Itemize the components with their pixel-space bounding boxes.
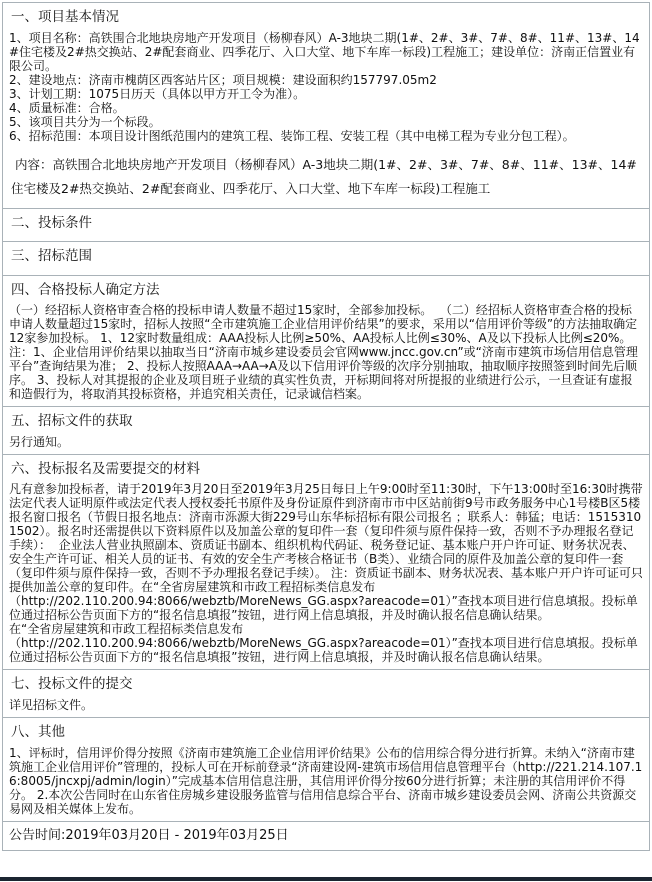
section-heading: 七、投标文件的提交 xyxy=(11,675,643,695)
section-bid-submission: 七、投标文件的提交 详见招标文件。 xyxy=(3,670,649,718)
section-heading: 一、项目基本情况 xyxy=(11,8,643,28)
tender-announcement-table: 一、项目基本情况 1、项目名称：高铁围合北地块房地产开发项目（杨柳春风）A-3地… xyxy=(2,2,650,851)
paragraph: 6、招标范围：本项目设计图纸范围内的建筑工程、装饰工程、安装工程（其中电梯工程为… xyxy=(9,129,643,143)
section-heading: 四、合格投标人确定方法 xyxy=(11,281,643,301)
section-qualified-bidder-method: 四、合格投标人确定方法 （一）经招标人资格审查合格的投标申请人数量不超过15家时… xyxy=(3,276,649,408)
section-heading: 五、招标文件的获取 xyxy=(11,412,643,432)
section-other: 八、其他 1、评标时，信用评价得分按照《济南市建筑施工企业信用评价结果》公布的信… xyxy=(3,718,649,822)
section-heading: 二、投标条件 xyxy=(11,214,643,234)
section-body: 另行通知。 xyxy=(9,435,643,449)
paragraph: 凡有意参加投标者，请于2019年3月20日至2019年3月25日每日上午9:00… xyxy=(9,482,643,622)
section-heading: 六、投标报名及需要提交的材料 xyxy=(11,460,643,480)
bottom-divider-bar xyxy=(0,877,652,881)
paragraph: 5、该项目共分为一个标段。 xyxy=(9,115,643,129)
paragraph: 在“全省房屋建筑和市政工程招标类信息发布 （http://202.110.200… xyxy=(9,622,643,664)
section-bid-conditions: 二、投标条件 xyxy=(3,209,649,243)
section-document-acquisition: 五、招标文件的获取 另行通知。 xyxy=(3,407,649,455)
content-summary-paragraph: 内容：高铁围合北地块房地产开发项目（杨柳春风）A-3地块二期(1#、2#、3#、… xyxy=(11,153,643,201)
section-body: 1、项目名称：高铁围合北地块房地产开发项目（杨柳春风）A-3地块二期(1#、2#… xyxy=(9,31,643,143)
paragraph: 4、质量标准：合格。 xyxy=(9,101,643,115)
announcement-period-row: 公告时间:2019年03月20日 - 2019年03月25日 xyxy=(3,822,649,851)
paragraph: （一）经招标人资格审查合格的投标申请人数量不超过15家时，全部参加投标。 （二）… xyxy=(9,303,643,401)
paragraph: 3、计划工期：1075日历天（具体以甲方开工令为准）。 xyxy=(9,87,643,101)
paragraph: 1、项目名称：高铁围合北地块房地产开发项目（杨柳春风）A-3地块二期(1#、2#… xyxy=(9,31,643,73)
section-registration-materials: 六、投标报名及需要提交的材料 凡有意参加投标者，请于2019年3月20日至201… xyxy=(3,455,649,671)
paragraph: 1、评标时，信用评价得分按照《济南市建筑施工企业信用评价结果》公布的信用综合得分… xyxy=(9,746,643,816)
section-body: 详见招标文件。 xyxy=(9,698,643,712)
section-tender-scope: 三、招标范围 xyxy=(3,242,649,276)
announcement-period: 公告时间:2019年03月20日 - 2019年03月25日 xyxy=(9,827,643,845)
paragraph: 另行通知。 xyxy=(9,435,643,449)
paragraph: 2、建设地点：济南市槐荫区西客站片区；项目规模：建设面积约157797.05m2 xyxy=(9,73,643,87)
section-heading: 八、其他 xyxy=(11,723,643,743)
section-body: 1、评标时，信用评价得分按照《济南市建筑施工企业信用评价结果》公布的信用综合得分… xyxy=(9,746,643,816)
section-body: 凡有意参加投标者，请于2019年3月20日至2019年3月25日每日上午9:00… xyxy=(9,482,643,664)
section-heading: 三、招标范围 xyxy=(11,247,643,267)
section-body: （一）经招标人资格审查合格的投标申请人数量不超过15家时，全部参加投标。 （二）… xyxy=(9,303,643,401)
section-basic-info: 一、项目基本情况 1、项目名称：高铁围合北地块房地产开发项目（杨柳春风）A-3地… xyxy=(3,3,649,209)
paragraph: 详见招标文件。 xyxy=(9,698,643,712)
